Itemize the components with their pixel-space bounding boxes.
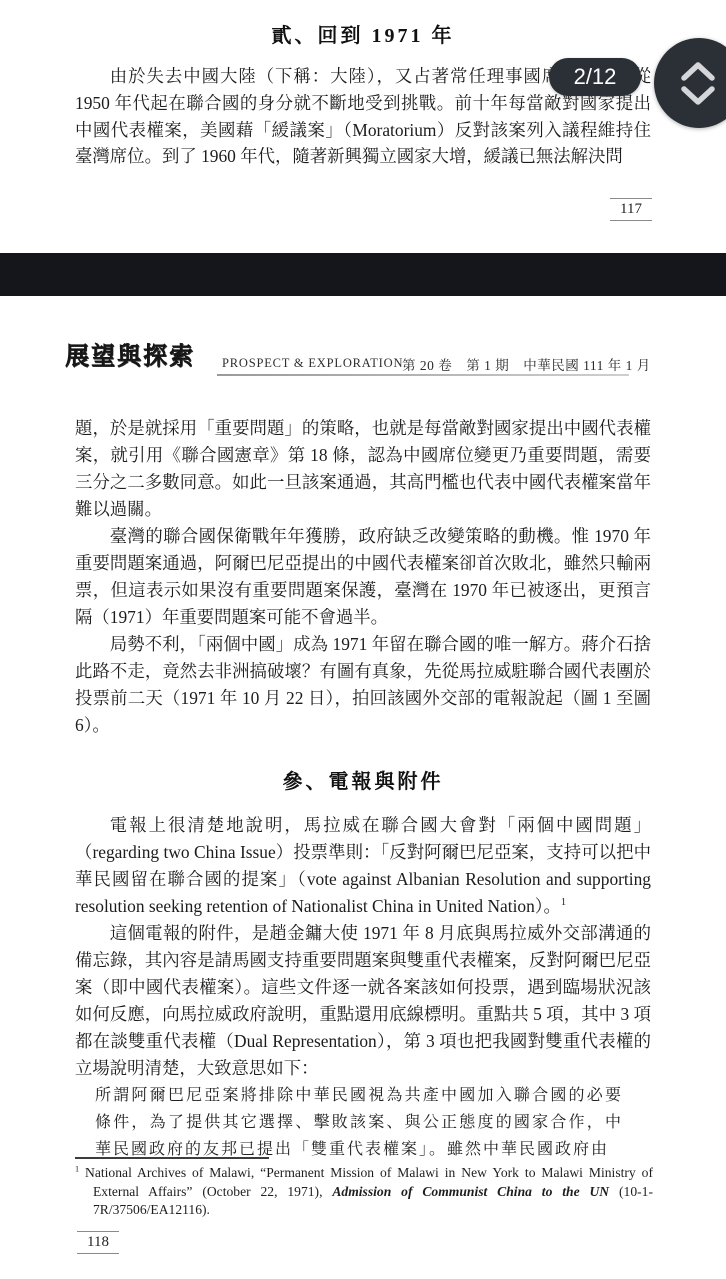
page-number-117: 117 [610, 198, 652, 221]
footnote-work-title: Admission of Communist China to the UN [332, 1184, 609, 1199]
journal-logo: 展望與探索 [65, 345, 195, 369]
chevron-up-icon[interactable] [684, 65, 712, 78]
page-gap-band [0, 253, 726, 296]
page-number-118: 118 [77, 1231, 119, 1254]
journal-name-english: PROSPECT & EXPLORATION [222, 356, 403, 371]
footnote-separator [75, 1157, 269, 1159]
page-118-body: 題，於是就採用「重要問題」的策略，也就是每當敵對國家提出中國代表權案，就引用《聯… [75, 415, 651, 1163]
footnote-reference: 1 [561, 897, 566, 908]
block-quote: 所謂阿爾巴尼亞案將排除中華民國視為共產中國加入聯合國的必要條件，為了提供其它選擇… [95, 1082, 623, 1163]
section-title-118: 參、電報與附件 [75, 767, 651, 797]
footnote: 1 National Archives of Malawi, “Permanen… [75, 1164, 653, 1220]
page-scroll-button[interactable] [654, 38, 726, 128]
page-indicator-badge: 2/12 [549, 58, 641, 96]
body-paragraph: 局勢不利，「兩個中國」成為 1971 年留在聯合國的唯一解方。蔣介石捨此路不走，… [75, 631, 651, 739]
body-paragraph: 題，於是就採用「重要問題」的策略，也就是每當敵對國家提出中國代表權案，就引用《聯… [75, 415, 651, 523]
body-paragraph: 這個電報的附件，是趙金鏞大使 1971 年 8 月底與馬拉威外交部溝通的備忘錄，… [75, 920, 651, 1082]
body-paragraph: 電報上很清楚地說明，馬拉威在聯合國大會對「兩個中國問題」（regarding t… [75, 812, 651, 920]
journal-volume-issue-date: 第 20 卷 第 1 期 中華民國 111 年 1 月 [402, 354, 651, 374]
footnote-marker: 1 [75, 1164, 79, 1173]
chevron-down-icon[interactable] [684, 89, 712, 102]
body-paragraph: 臺灣的聯合國保衛戰年年獲勝，政府缺乏改變策略的動機。惟 1970 年重要問題案通… [75, 523, 651, 631]
footnote-text: 1 National Archives of Malawi, “Permanen… [75, 1164, 653, 1220]
section-title-117: 貳、回到 1971 年 [0, 22, 726, 50]
header-rule [217, 374, 629, 376]
